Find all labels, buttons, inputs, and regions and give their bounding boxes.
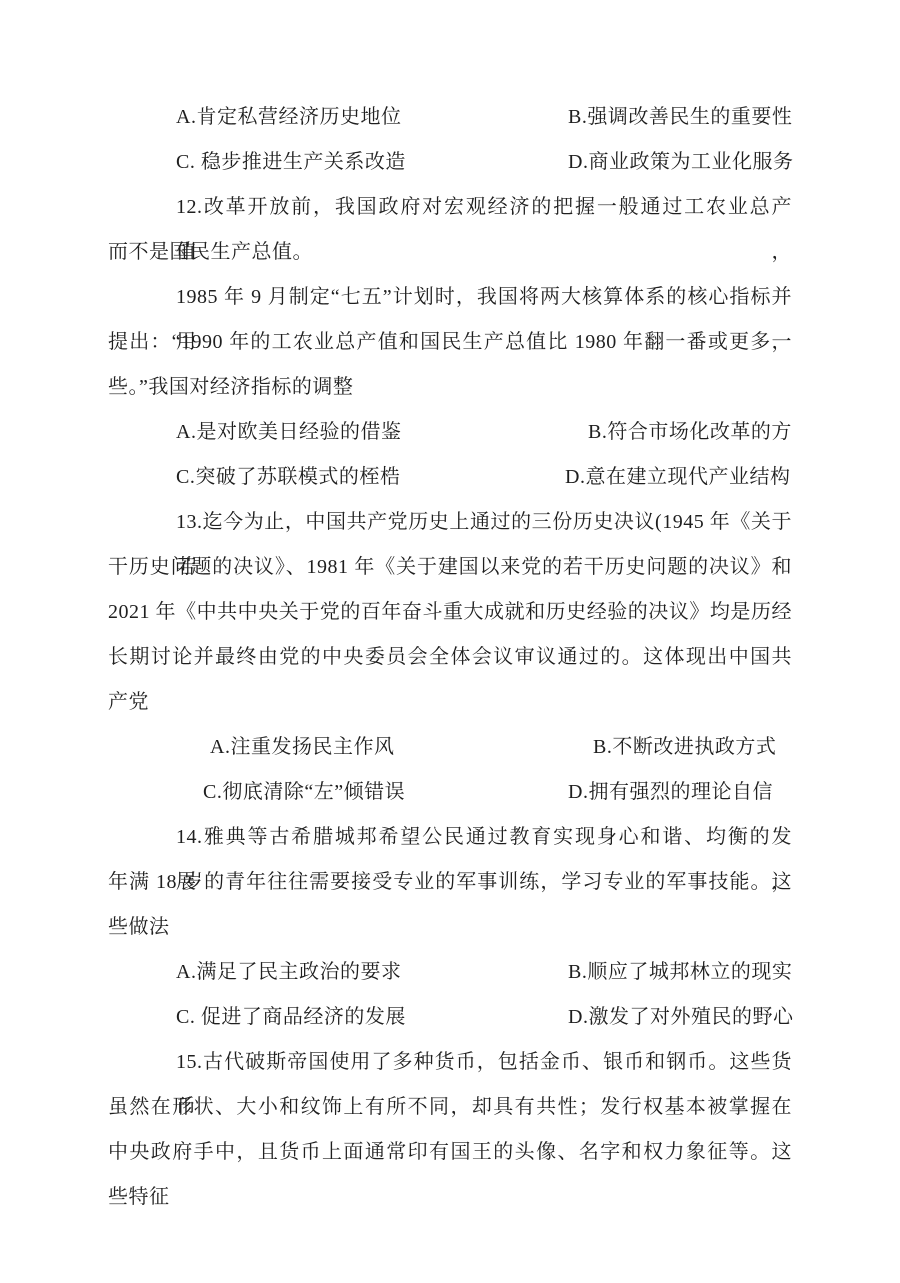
q13-option-d: D.拥有强烈的理论自信 bbox=[568, 770, 773, 815]
q11-option-b: B.强调改善民生的重要性 bbox=[568, 95, 792, 140]
q15-stem-line-2: 虽然在形状、大小和纹饰上有所不同，却具有共性；发行权基本被掌握在 bbox=[108, 1085, 792, 1130]
q12-stem-line-4: 提出：“1990 年的工农业总产值和国民生产总值比 1980 年翻一番或更多一 bbox=[108, 320, 792, 365]
q11-option-d: D.商业政策为工业化服务 bbox=[568, 140, 793, 185]
q15-stem-line-3: 中央政府手中，且货币上面通常印有国王的头像、名字和权力象征等。这 bbox=[108, 1130, 792, 1175]
q14-option-d: D.激发了对外殖民的野心 bbox=[568, 995, 793, 1040]
q12-options-row-ab: A.是对欧美日经验的借鉴 B.符合市场化改革的方 bbox=[108, 410, 792, 455]
q12-stem-line-1: 12.改革开放前，我国政府对宏观经济的把握一般通过工农业总产值， bbox=[108, 185, 792, 230]
q12-option-d: D.意在建立现代产业结构 bbox=[565, 455, 790, 500]
question-12: 12.改革开放前，我国政府对宏观经济的把握一般通过工农业总产值， 而不是国民生产… bbox=[108, 185, 792, 500]
q13-stem-line-4: 长期讨论并最终由党的中央委员会全体会议审议通过的。这体现出中国共 bbox=[108, 635, 792, 680]
q13-option-c: C.彻底清除“左”倾错误 bbox=[203, 770, 405, 815]
q14-option-c: C. 促进了商品经济的发展 bbox=[176, 995, 406, 1040]
question-13: 13.迄今为止，中国共产党历史上通过的三份历史决议(1945 年《关于若 干历史… bbox=[108, 500, 792, 815]
q12-option-a: A.是对欧美日经验的借鉴 bbox=[176, 410, 401, 455]
exam-page: A.肯定私营经济历史地位 B.强调改善民生的重要性 C. 稳步推进生产关系改造 … bbox=[0, 0, 900, 1283]
q12-option-b: B.符合市场化改革的方 bbox=[588, 410, 792, 455]
q11-option-c: C. 稳步推进生产关系改造 bbox=[176, 140, 406, 185]
q13-stem-line-3: 2021 年《中共中央关于党的百年奋斗重大成就和历史经验的决议》均是历经 bbox=[108, 590, 792, 635]
q13-stem-line-1: 13.迄今为止，中国共产党历史上通过的三份历史决议(1945 年《关于若 bbox=[108, 500, 792, 545]
q13-options-row-ab: A.注重发扬民主作风 B.不断改进执政方式 bbox=[108, 725, 792, 770]
question-11-options: A.肯定私营经济历史地位 B.强调改善民生的重要性 C. 稳步推进生产关系改造 … bbox=[108, 95, 792, 185]
exam-content: A.肯定私营经济历史地位 B.强调改善民生的重要性 C. 稳步推进生产关系改造 … bbox=[108, 95, 792, 1220]
q13-stem-line-5: 产党 bbox=[108, 680, 792, 725]
q12-options-row-cd: C.突破了苏联模式的桎梏 D.意在建立现代产业结构 bbox=[108, 455, 792, 500]
q13-stem-line-2: 干历史问题的决议》、1981 年《关于建国以来党的若干历史问题的决议》和 bbox=[108, 545, 792, 590]
q15-stem-line-4: 些特征 bbox=[108, 1175, 792, 1220]
q13-options-row-cd: C.彻底清除“左”倾错误 D.拥有强烈的理论自信 bbox=[108, 770, 792, 815]
q12-stem-line-3: 1985 年 9 月制定“七五”计划时，我国将两大核算体系的核心指标并用， bbox=[108, 275, 792, 320]
q14-stem-line-2: 年满 18 岁的青年往往需要接受专业的军事训练，学习专业的军事技能。这 bbox=[108, 860, 792, 905]
q14-stem-line-1: 14.雅典等古希腊城邦希望公民通过教育实现身心和谐、均衡的发展， bbox=[108, 815, 792, 860]
question-14: 14.雅典等古希腊城邦希望公民通过教育实现身心和谐、均衡的发展， 年满 18 岁… bbox=[108, 815, 792, 1040]
q11-option-a: A.肯定私营经济历史地位 bbox=[176, 95, 401, 140]
q14-options-row-cd: C. 促进了商品经济的发展 D.激发了对外殖民的野心 bbox=[108, 995, 792, 1040]
question-15: 15.古代破斯帝国使用了多种货币，包括金币、银币和钢币。这些货币 虽然在形状、大… bbox=[108, 1040, 792, 1220]
q15-stem-line-1: 15.古代破斯帝国使用了多种货币，包括金币、银币和钢币。这些货币 bbox=[108, 1040, 792, 1085]
q14-option-a: A.满足了民主政治的要求 bbox=[176, 950, 401, 995]
q14-option-b: B.顺应了城邦林立的现实 bbox=[568, 950, 792, 995]
q14-options-row-ab: A.满足了民主政治的要求 B.顺应了城邦林立的现实 bbox=[108, 950, 792, 995]
q13-option-a: A.注重发扬民主作风 bbox=[210, 725, 394, 770]
q12-option-c: C.突破了苏联模式的桎梏 bbox=[176, 455, 400, 500]
q14-stem-line-3: 些做法 bbox=[108, 905, 792, 950]
q12-stem-line-5: 些。”我国对经济指标的调整 bbox=[108, 365, 792, 410]
q11-options-row-cd: C. 稳步推进生产关系改造 D.商业政策为工业化服务 bbox=[108, 140, 792, 185]
q13-option-b: B.不断改进执政方式 bbox=[593, 725, 776, 770]
q11-options-row-ab: A.肯定私营经济历史地位 B.强调改善民生的重要性 bbox=[108, 95, 792, 140]
